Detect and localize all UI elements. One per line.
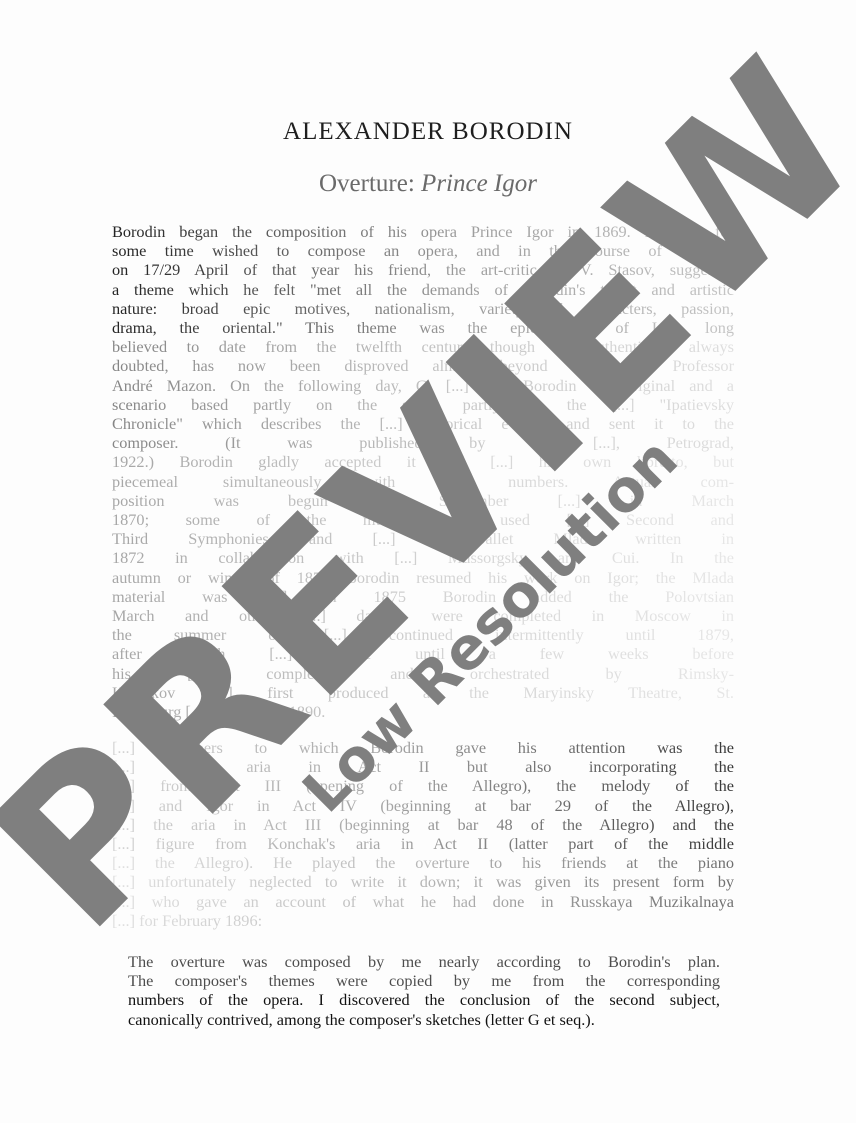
text-line: March and other [...] dances were comple… xyxy=(112,606,734,625)
text-line: material was [...] in 1875 Borodin added… xyxy=(112,587,734,606)
composer-heading: ALEXANDER BORODIN xyxy=(0,118,856,146)
text-line: scenario based partly on the story, part… xyxy=(112,395,734,414)
text-line: drama, the oriental." This theme was the… xyxy=(112,318,734,337)
text-line: piecemeal simultaneously with [...] numb… xyxy=(112,472,734,491)
text-line: Third Symphonies and [...] opera-ballet … xyxy=(112,529,734,548)
text-line: canonically contrived, among the compose… xyxy=(128,1010,720,1029)
text-line: believed to date from the twelfth centur… xyxy=(112,337,734,356)
text-line: [...] unfortunately neglected to write i… xyxy=(112,872,734,891)
overture-paragraph: [...] numbers to which Borodin gave his … xyxy=(112,738,734,930)
text-line: on 17/29 April of that year his friend, … xyxy=(112,260,734,279)
text-line: nature: broad epic motives, nationalism,… xyxy=(112,299,734,318)
history-paragraph: Borodin began the composition of his ope… xyxy=(112,222,734,721)
text-line: 1872 in collaboration with [...] Mussorg… xyxy=(112,548,734,567)
text-line: Petersburg [...] November, 1890. xyxy=(112,702,734,721)
text-line: numbers of the opera. I discovered the c… xyxy=(128,990,720,1009)
text-line: position was begun in September [...] in… xyxy=(112,491,734,510)
text-line: some time wished to compose an opera, an… xyxy=(112,241,734,260)
text-line: [...] figure from Konchak's aria in Act … xyxy=(112,834,734,853)
score-preface-page: ALEXANDER BORODIN Overture: Prince Igor … xyxy=(0,0,856,1123)
work-prefix: Overture: xyxy=(319,170,421,197)
text-line: André Mazon. On the following day, G. [.… xyxy=(112,376,734,395)
text-line: the summer of [...] continued intermitte… xyxy=(112,625,734,644)
text-line: after which [...] made until a few weeks… xyxy=(112,644,734,663)
text-line: composer. (It was published by E. [...],… xyxy=(112,433,734,452)
text-line: Korsakov [...] first produced at the Mar… xyxy=(112,683,734,702)
text-line: Chronicle" which describes the [...] his… xyxy=(112,414,734,433)
work-title: Overture: Prince Igor xyxy=(0,170,856,198)
text-line: The overture was composed by me nearly a… xyxy=(128,952,720,971)
text-line: [...] for February 1896: xyxy=(112,911,734,930)
text-line: [...] who gave an account of what he had… xyxy=(112,892,734,911)
text-line: his [...] completed and orchestrated by … xyxy=(112,664,734,683)
text-line: [...] the aria in Act III (beginning at … xyxy=(112,815,734,834)
rimsky-korsakov-quote: The overture was composed by me nearly a… xyxy=(128,952,720,1029)
text-line: a theme which he felt "met all the deman… xyxy=(112,280,734,299)
text-line: Borodin began the composition of his ope… xyxy=(112,222,734,241)
text-line: autumn or winter of 1874 Borodin resumed… xyxy=(112,568,734,587)
text-line: [...] the Allegro). He played the overtu… xyxy=(112,853,734,872)
text-line: [...] Igor's aria in Act II but also inc… xyxy=(112,757,734,776)
text-line: [...] from Act III (opening of the Alleg… xyxy=(112,776,734,795)
text-line: 1922.) Borodin gladly accepted it and [.… xyxy=(112,452,734,471)
text-line: doubted, has now been disproved almost b… xyxy=(112,356,734,375)
text-line: The composer's themes were copied by me … xyxy=(128,971,720,990)
work-title-italic: Prince Igor xyxy=(421,170,537,197)
text-line: [...] numbers to which Borodin gave his … xyxy=(112,738,734,757)
text-line: 1870; some of the music was used [...] S… xyxy=(112,510,734,529)
text-line: [...] and Igor in Act IV (beginning at b… xyxy=(112,796,734,815)
